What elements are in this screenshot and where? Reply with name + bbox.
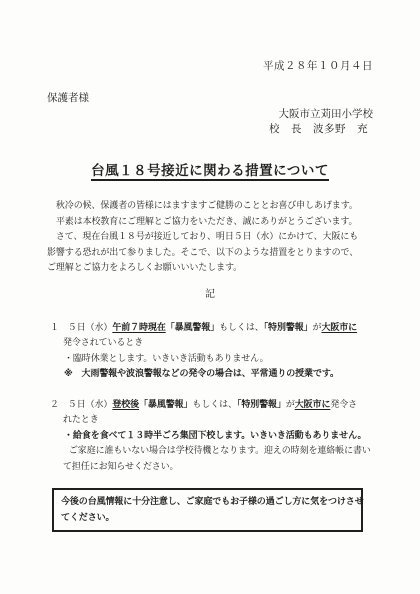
item-bullet: ・臨時休業とします。いきいき活動もありません。	[64, 351, 373, 367]
warning-term: 「暴風警報」	[166, 322, 219, 332]
item-bullet: ・給食を食べて１３時半ごろ集団下校します。いきいき活動もありません。	[64, 428, 373, 444]
item-number-date: １ ５日（水）	[50, 322, 112, 332]
notice-box: 今後の台風情報に十分注意し、ご家庭でもお子様の過ごし方に気をつけさせ てください…	[52, 488, 363, 532]
item-head-line: ２ ５日（水）登校後「暴風警報」もしくは、「特別警報」が大阪市に発令さ	[50, 397, 373, 413]
item-head-line: １ ５日（水）午前７時現在「暴風警報」もしくは、「特別警報」が大阪市に	[50, 320, 373, 336]
measure-item-2: ２ ５日（水）登校後「暴風警報」もしくは、「特別警報」が大阪市に発令さ れたとき…	[50, 397, 373, 475]
notice-line: てください。	[61, 510, 354, 526]
sender-block: 大阪市立苅田小学校 校 長 波多野 充	[47, 107, 373, 137]
connector-text: が	[286, 399, 295, 409]
notice-line: 今後の台風情報に十分注意し、ご家庭でもお子様の過ごし方に気をつけさせ	[61, 494, 354, 510]
item-detail-line: ご家庭に誰もいない場合は学校待機となります。迎えの時刻を連絡帳に書い	[60, 443, 373, 459]
greeting-line: さて、現在台風１８号が接近しており、明日５日（水）にかけて、大阪にも	[47, 229, 373, 245]
greeting-line: 秋冷の候、保護者の皆様にはますますご健勝のこととお喜び申しあげます。	[47, 198, 373, 214]
title-row: 台風１８号接近に関わる措置について	[47, 159, 373, 180]
greeting-line: 影響する恐れが出て参りました。そこで、以下のような措置をとりますので、	[47, 245, 373, 261]
document-page: 平成２８年１０月４日 保護者様 大阪市立苅田小学校 校 長 波多野 充 台風１８…	[0, 0, 420, 594]
record-marker: 記	[47, 288, 373, 301]
connector-text: もしくは、	[219, 322, 264, 332]
document-date: 平成２８年１０月４日	[47, 60, 373, 73]
condition-time: 午前７時現在	[112, 322, 165, 332]
area-term: 大阪市に	[295, 399, 331, 409]
connector-text: 発令さ	[330, 399, 357, 409]
document-title: 台風１８号接近に関わる措置について	[91, 163, 329, 181]
item-detail-line: て担任にお知らせください。	[63, 459, 373, 475]
item-number-date: ２ ５日（水）	[50, 399, 112, 409]
item-head-wrap: れたとき	[63, 412, 373, 428]
school-name: 大阪市立苅田小学校	[47, 107, 373, 122]
warning-term: 「特別警報」	[237, 399, 286, 409]
condition-time: 登校後	[112, 399, 139, 409]
greeting-line: ご理解とご協力をよろしくお願いいいたします。	[47, 260, 373, 276]
measure-item-1: １ ５日（水）午前７時現在「暴風警報」もしくは、「特別警報」が大阪市に 発令され…	[50, 320, 373, 382]
area-term: 大阪市に	[321, 322, 357, 332]
warning-term: 「特別警報」	[264, 322, 313, 332]
item-head-wrap: 発令されているとき	[63, 335, 373, 351]
greeting-paragraph: 秋冷の候、保護者の皆様にはますますご健勝のこととお喜び申しあげます。 平素は本校…	[47, 198, 373, 276]
connector-text: もしくは、	[192, 399, 237, 409]
addressee: 保護者様	[47, 92, 373, 105]
warning-term: 「暴風警報」	[139, 399, 192, 409]
item-note: ※ 大雨警報や波浪警報などの発令の場合は、平常通りの授業です。	[64, 366, 373, 382]
principal-name: 校 長 波多野 充	[47, 122, 373, 137]
greeting-line: 平素は本校教育にご理解とご協力をいただき、誠にありがとうございます。	[47, 214, 373, 230]
